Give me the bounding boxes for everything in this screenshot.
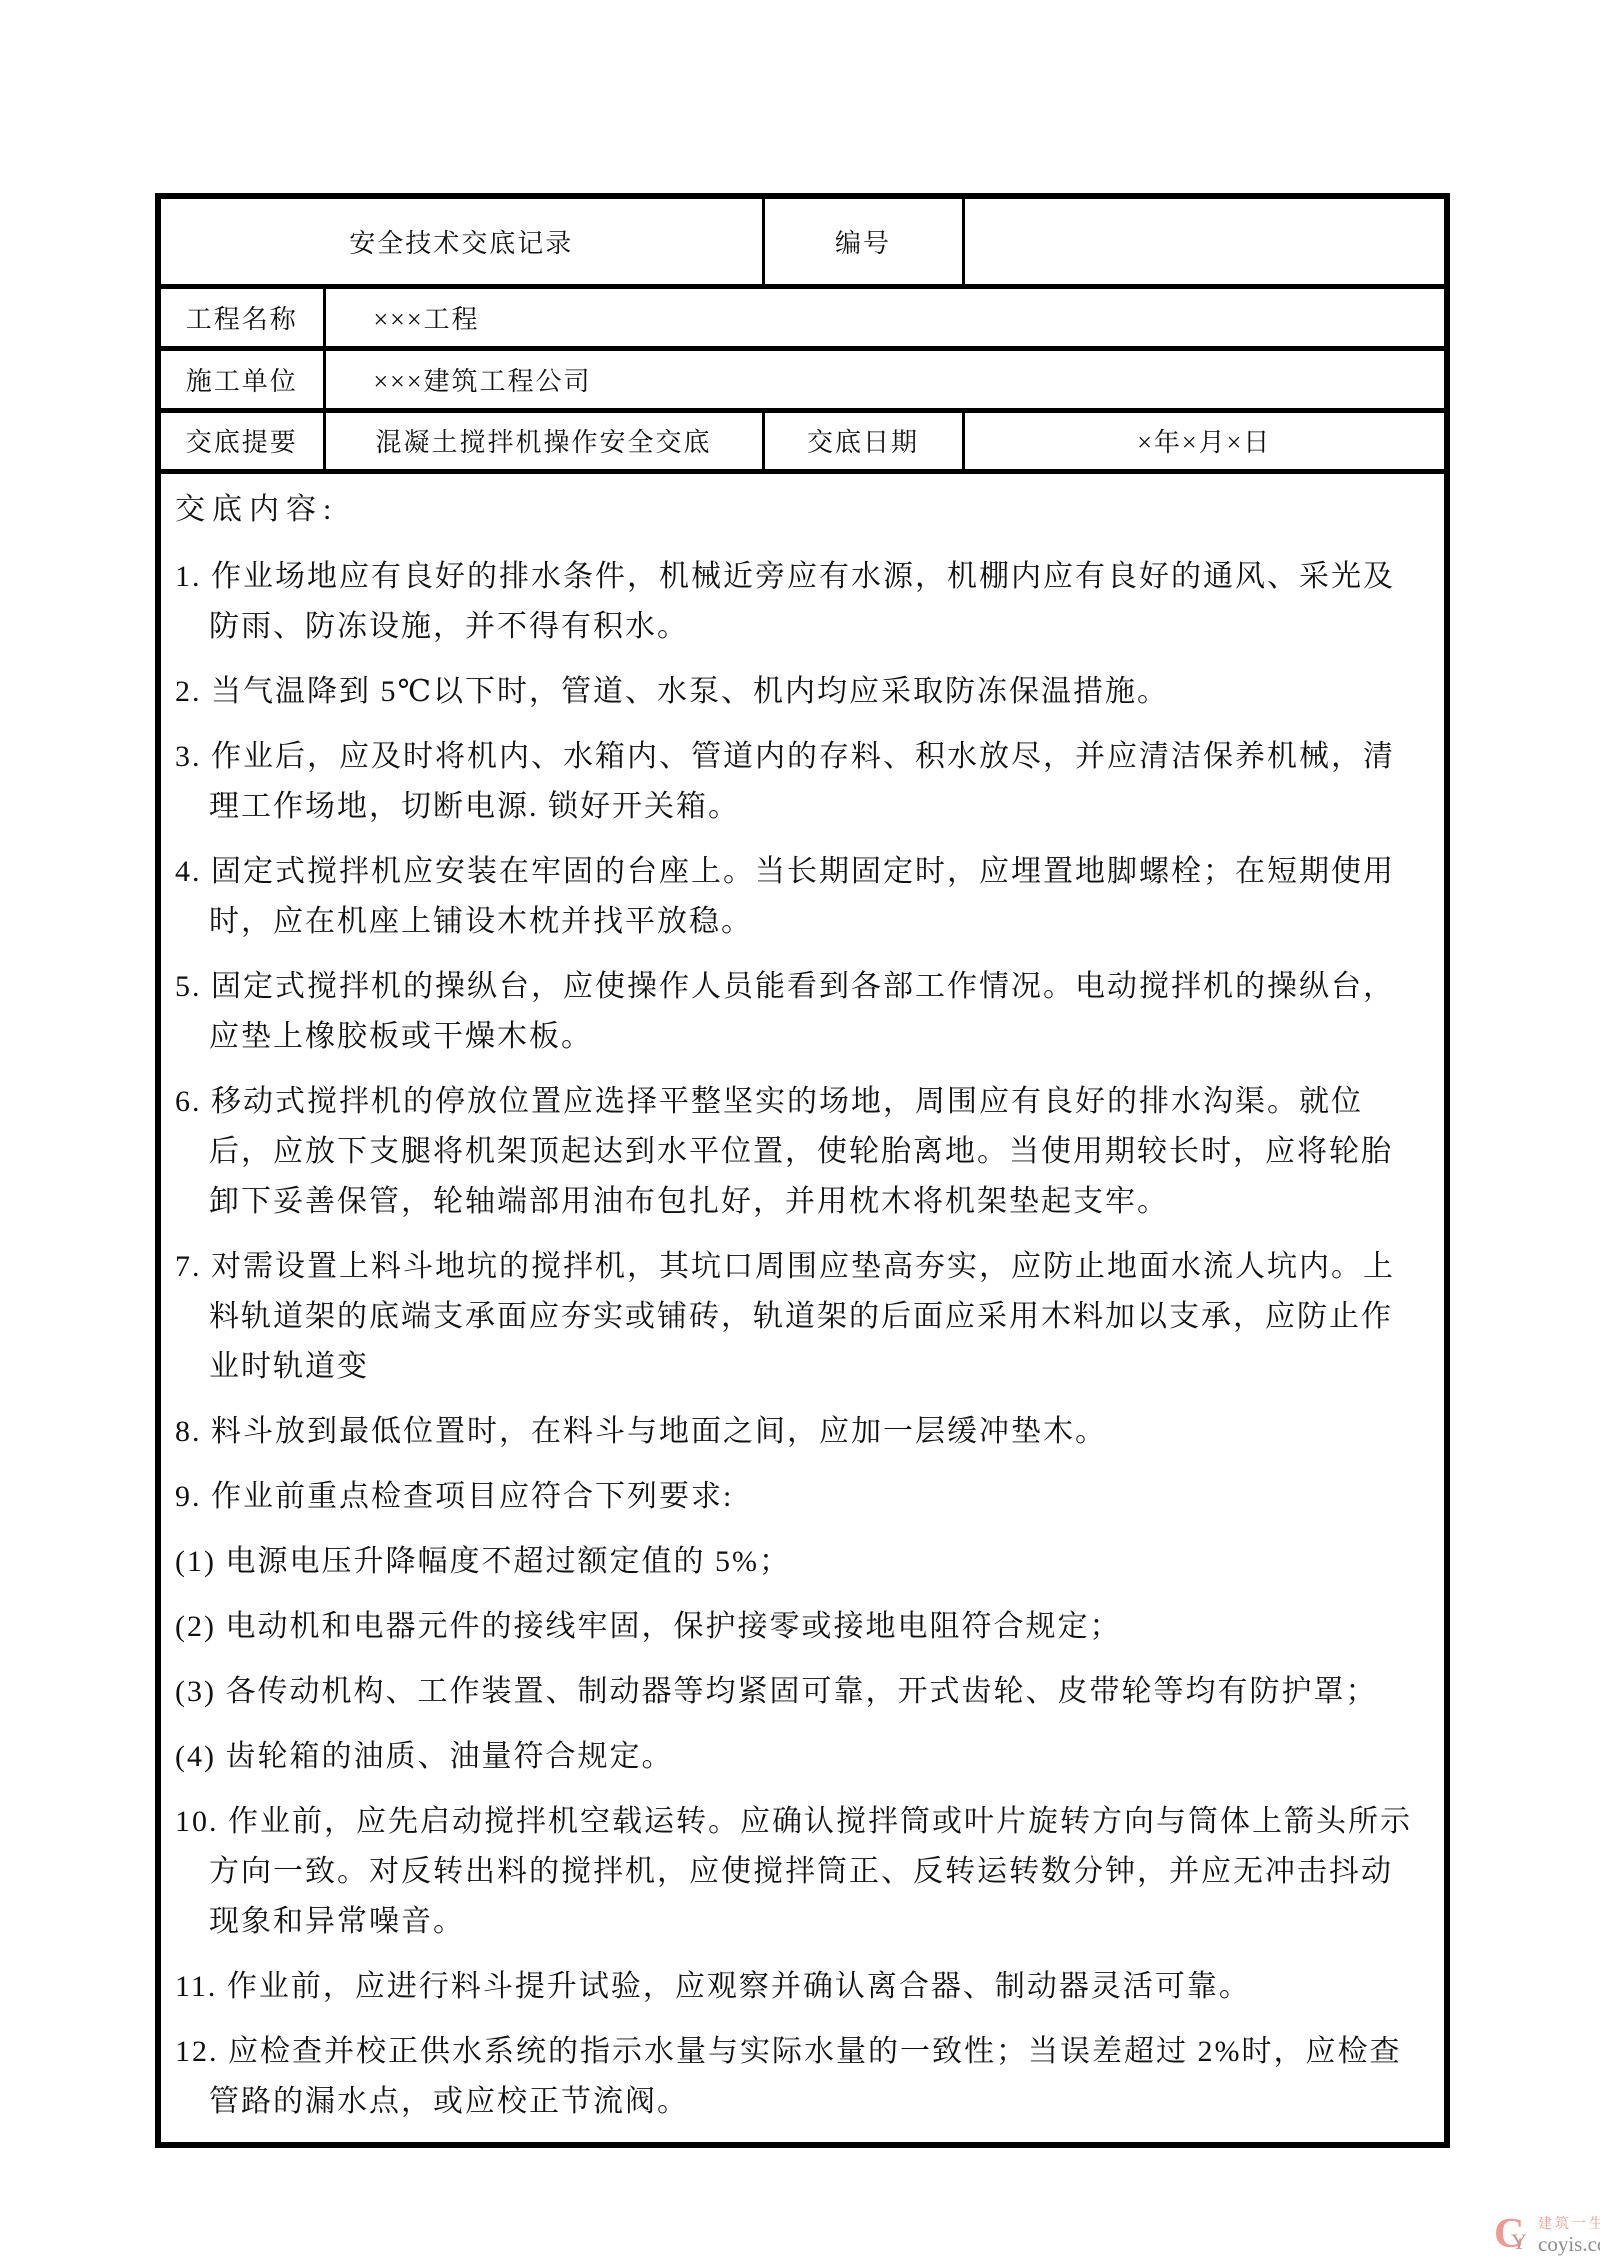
list-item: 3. 作业后，应及时将机内、水箱内、管道内的存料、积水放尽，并应清洁保养机械，清… <box>175 732 1422 832</box>
project-name-value: ×××工程 <box>324 286 1447 348</box>
watermark-text: 建筑一生 coyis.com <box>1538 2217 1600 2256</box>
brief-value: 混凝土搅拌机操作安全交底 <box>324 410 763 471</box>
watermark: C Y 建筑一生 coyis.com <box>1494 2215 1600 2260</box>
list-item: 9. 作业前重点检查项目应符合下列要求: <box>175 1472 1422 1522</box>
list-item: 8. 料斗放到最低位置时，在料斗与地面之间，应加一层缓冲垫木。 <box>175 1407 1422 1457</box>
list-item: 11. 作业前，应进行料斗提升试验，应观察并确认离合器、制动器灵活可靠。 <box>175 1962 1422 2012</box>
list-item: 12. 应检查并校正供水系统的指示水量与实际水量的一致性；当误差超过 2%时，应… <box>175 2027 1422 2127</box>
disclosure-date-value: ×年×月×日 <box>963 410 1447 471</box>
number-value <box>963 196 1447 286</box>
list-item: 4. 固定式搅拌机应安装在牢固的台座上。当长期固定时，应埋置地脚螺栓；在短期使用… <box>175 847 1422 947</box>
disclosure-content-cell: 交底内容: 1. 作业场地应有良好的排水条件，机械近旁应有水源，机棚内应有良好的… <box>158 471 1447 2145</box>
watermark-brand: 建筑一生 <box>1538 2217 1600 2232</box>
disclosure-date-label: 交底日期 <box>763 410 963 471</box>
brief-label: 交底提要 <box>158 410 324 471</box>
list-item: 7. 对需设置上料斗地坑的搅拌机，其坑口周围应垫高夯实，应防止地面水流人坑内。上… <box>175 1242 1422 1392</box>
document-title: 安全技术交底记录 <box>158 196 763 286</box>
watermark-site: coyis.com <box>1538 2232 1600 2256</box>
list-item: (3) 各传动机构、工作装置、制动器等均紧固可靠，开式齿轮、皮带轮等均有防护罩； <box>175 1667 1422 1717</box>
logo-letter-y: Y <box>1511 2231 1527 2253</box>
safety-disclosure-table: 安全技术交底记录 编号 工程名称 ×××工程 施工单位 ×××建筑工程公司 交底… <box>155 193 1444 2148</box>
list-item: 6. 移动式搅拌机的停放位置应选择平整坚实的场地，周围应有良好的排水沟渠。就位后… <box>175 1077 1422 1227</box>
coyis-logo-icon: C Y <box>1494 2215 1536 2260</box>
contractor-value: ×××建筑工程公司 <box>324 348 1447 410</box>
number-label: 编号 <box>763 196 963 286</box>
list-item: 10. 作业前，应先启动搅拌机空载运转。应确认搅拌筒或叶片旋转方向与筒体上箭头所… <box>175 1797 1422 1947</box>
list-item: 5. 固定式搅拌机的操纵台，应使操作人员能看到各部工作情况。电动搅拌机的操纵台，… <box>175 962 1422 1062</box>
list-item: (1) 电源电压升降幅度不超过额定值的 5%； <box>175 1537 1422 1587</box>
list-item: (2) 电动机和电器元件的接线牢固，保护接零或接地电阻符合规定； <box>175 1602 1422 1652</box>
contractor-label: 施工单位 <box>158 348 324 410</box>
list-item: 2. 当气温降到 5℃以下时，管道、水泵、机内均应采取防冻保温措施。 <box>175 667 1422 717</box>
list-item: 1. 作业场地应有良好的排水条件，机械近旁应有水源，机棚内应有良好的通风、采光及… <box>175 552 1422 652</box>
content-heading: 交底内容: <box>175 484 1422 536</box>
content-items: 1. 作业场地应有良好的排水条件，机械近旁应有水源，机棚内应有良好的通风、采光及… <box>175 552 1422 2127</box>
list-item: (4) 齿轮箱的油质、油量符合规定。 <box>175 1732 1422 1782</box>
project-name-label: 工程名称 <box>158 286 324 348</box>
